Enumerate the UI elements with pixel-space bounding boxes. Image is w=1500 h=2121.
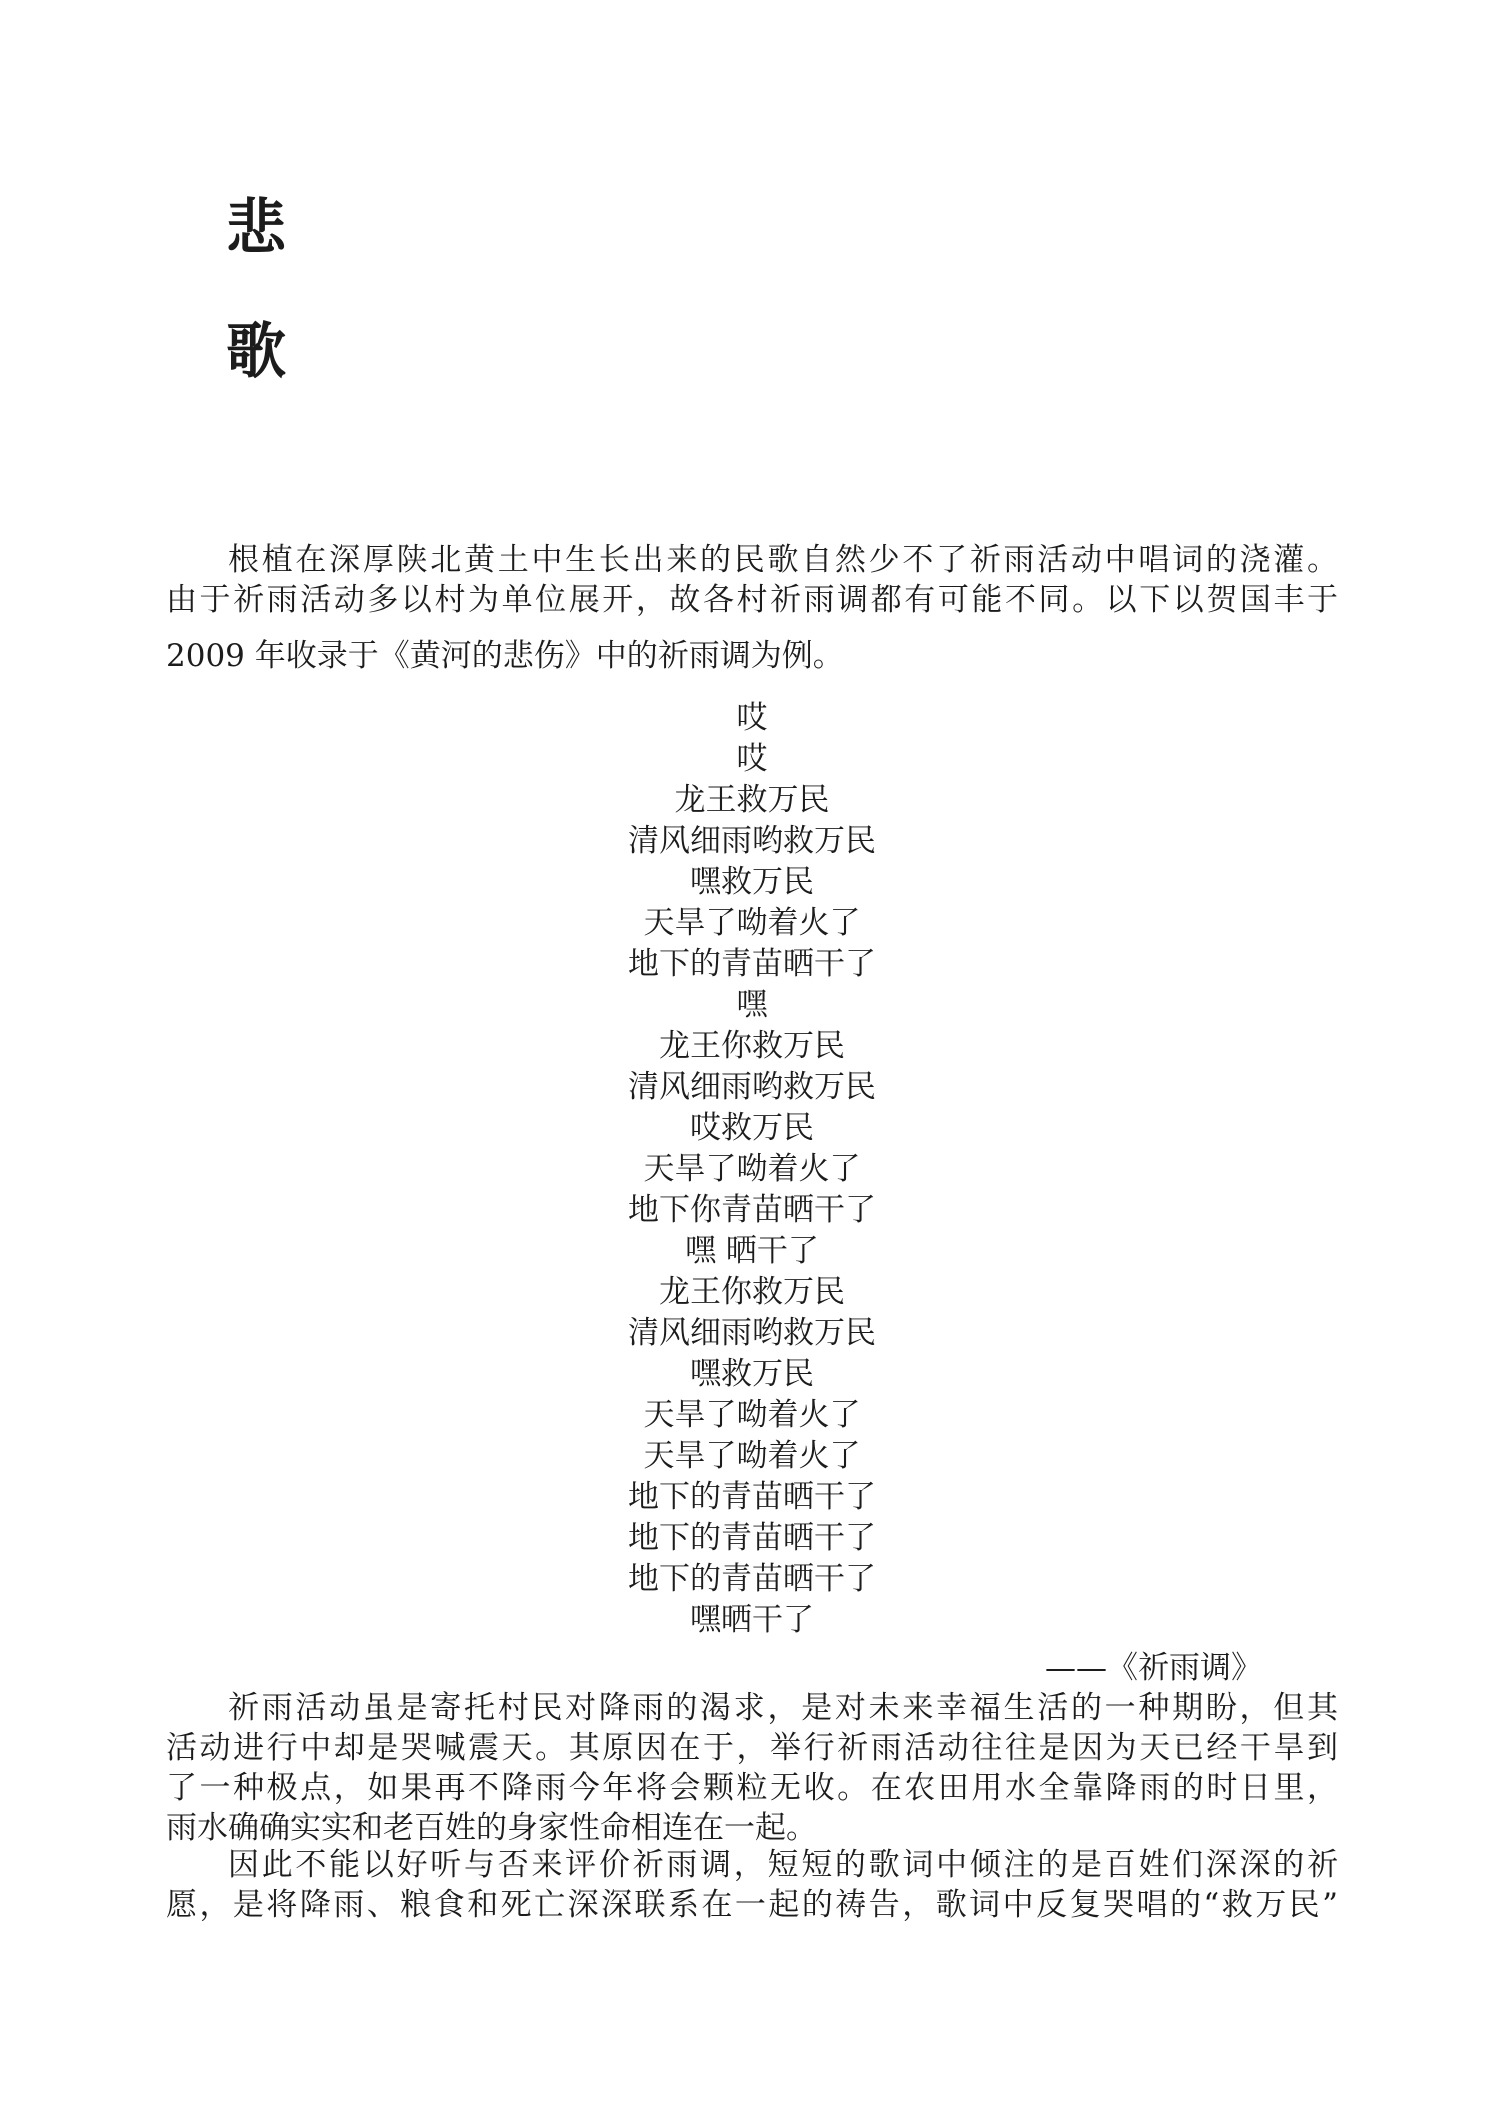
para2-line-2: 活动进行中却是哭喊震天。其原因在于，举行祈雨活动往往是因为天已经干旱到: [166, 1728, 1338, 1768]
lyric-line: 龙王救万民: [166, 780, 1338, 821]
lyric-line: 龙王你救万民: [166, 1272, 1338, 1313]
lyric-line: 天旱了呦着火了: [166, 1395, 1338, 1436]
intro-paragraph: 根植在深厚陕北黄土中生长出来的民歌自然少不了祈雨活动中唱词的浇灌。 由于祈雨活动…: [166, 540, 1338, 676]
lyric-line: 地下的青苗晒干了: [166, 1518, 1338, 1559]
lyric-line: 天旱了呦着火了: [166, 1436, 1338, 1477]
para2-line-3: 了一种极点，如果再不降雨今年将会颗粒无收。在农田用水全靠降雨的时日里，: [166, 1768, 1338, 1808]
body-paragraph-2: 祈雨活动虽是寄托村民对降雨的渴求，是对未来幸福生活的一种期盼，但其 活动进行中却…: [166, 1688, 1338, 1848]
lyric-line: 地下的青苗晒干了: [166, 1559, 1338, 1600]
lyric-line: 清风细雨哟救万民: [166, 1067, 1338, 1108]
intro-line-3: 2009 年收录于《黄河的悲伤》中的祈雨调为例。: [166, 636, 1338, 676]
lyric-line: 嘿 晒干了: [166, 1231, 1338, 1272]
lyric-line: 天旱了呦着火了: [166, 1149, 1338, 1190]
lyric-line: 地下你青苗晒干了: [166, 1190, 1338, 1231]
para2-line-4: 雨水确确实实和老百姓的身家性命相连在一起。: [166, 1808, 1338, 1848]
rain-prayer-lyrics: 哎 哎 龙王救万民 清风细雨哟救万民 嘿救万民 天旱了呦着火了 地下的青苗晒干了…: [166, 698, 1338, 1641]
lyric-line: 嘿救万民: [166, 1354, 1338, 1395]
lyric-line: 嘿晒干了: [166, 1600, 1338, 1641]
lyric-line: 天旱了呦着火了: [166, 903, 1338, 944]
lyrics-attribution: ——《祈雨调》: [166, 1648, 1338, 1688]
title-char-bei: 悲: [226, 198, 286, 258]
lyric-line: 清风细雨哟救万民: [166, 1313, 1338, 1354]
lyric-line: 哎: [166, 739, 1338, 780]
lyric-line: 哎: [166, 698, 1338, 739]
intro-line-1: 根植在深厚陕北黄土中生长出来的民歌自然少不了祈雨活动中唱词的浇灌。: [166, 540, 1338, 580]
lyric-line: 嘿救万民: [166, 862, 1338, 903]
intro-line-2: 由于祈雨活动多以村为单位展开，故各村祈雨调都有可能不同。以下以贺国丰于: [166, 580, 1338, 620]
lyric-line: 清风细雨哟救万民: [166, 821, 1338, 862]
document-page: 悲 歌 根植在深厚陕北黄土中生长出来的民歌自然少不了祈雨活动中唱词的浇灌。 由于…: [0, 0, 1500, 2121]
para3-line-2: 愿，是将降雨、粮食和死亡深深联系在一起的祷告，歌词中反复哭唱的“救万民”: [166, 1885, 1338, 1925]
para2-line-1: 祈雨活动虽是寄托村民对降雨的渴求，是对未来幸福生活的一种期盼，但其: [166, 1688, 1338, 1728]
lyric-line: 地下的青苗晒干了: [166, 944, 1338, 985]
lyric-line: 龙王你救万民: [166, 1026, 1338, 1067]
lyric-line: 哎救万民: [166, 1108, 1338, 1149]
lyric-line: 地下的青苗晒干了: [166, 1477, 1338, 1518]
body-paragraph-3: 因此不能以好听与否来评价祈雨调，短短的歌词中倾注的是百姓们深深的祈 愿，是将降雨…: [166, 1845, 1338, 1925]
page-title: 悲 歌: [226, 198, 286, 382]
para3-line-1: 因此不能以好听与否来评价祈雨调，短短的歌词中倾注的是百姓们深深的祈: [166, 1845, 1338, 1885]
title-char-ge: 歌: [226, 322, 286, 382]
lyric-line: 嘿: [166, 985, 1338, 1026]
